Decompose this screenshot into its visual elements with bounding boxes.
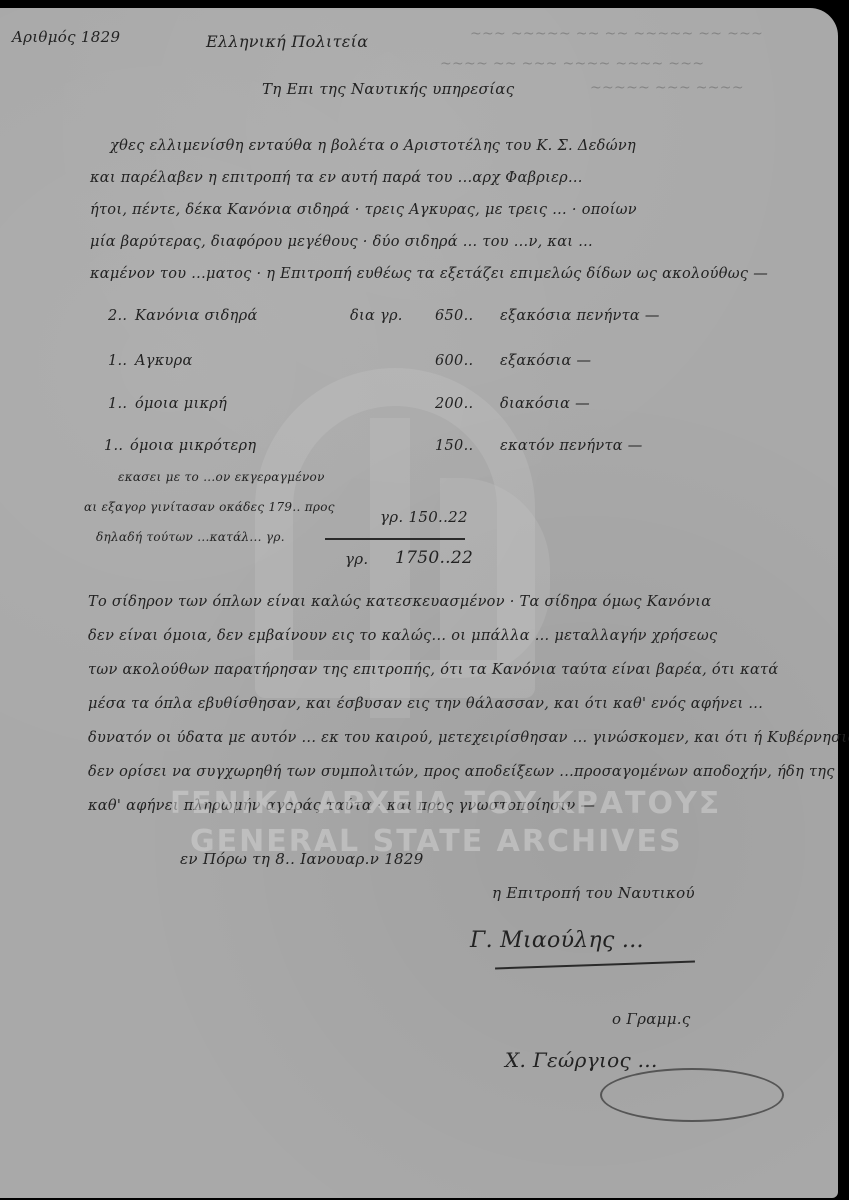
paragraph-1-line: μία βαρύτερας, διαφόρου μεγέθους · δύο σ… — [90, 234, 593, 250]
document-number: Αριθμός 1829 — [12, 28, 120, 46]
date-line: εν Πόρω τη 8.. Ιανουαρ.ν 1829 — [180, 850, 424, 868]
extra-line: αι εξαγορ γινίτασαν οκάδες 179.. προς — [84, 500, 335, 514]
signature-flourish — [600, 1068, 784, 1122]
total-rule — [325, 538, 465, 540]
paragraph-2-line: δεν είναι όμοια, δεν εμβαίνουν εις το κα… — [88, 628, 717, 644]
document-subtitle: Τη Επι της Ναυτικής υπηρεσίας — [262, 80, 514, 98]
document-title: Ελληνική Πολιτεία — [206, 32, 368, 51]
bleed-through-text: ~~~ ~~~~~ ~~ ~~ ~~~~~ ~~ ~~~ — [470, 26, 763, 42]
item-amount: 200.. — [435, 396, 473, 412]
bleed-through-text: ~~~~~ ~~~ ~~~~ — [590, 80, 744, 96]
extra-line: εκασει με το ...ον εκγεραγμένον — [118, 470, 325, 484]
item-amount: 650.. — [435, 308, 473, 324]
paragraph-1-line: ήτοι, πέντε, δέκα Κανόνια σιδηρά · τρεις… — [90, 202, 637, 218]
paragraph-2-line: μέσα τα όπλα εβυθίσθησαν, και έσβυσαν ει… — [88, 696, 763, 712]
paragraph-2-line: δεν ορίσει να συγχωρηθή των συμπολιτών, … — [88, 764, 835, 780]
signature-1-underline — [495, 961, 695, 970]
paragraph-2-line: Το σίδηρον των όπλων είναι καλώς κατεσκε… — [88, 594, 711, 610]
bleed-through-text: ~~~~ ~~ ~~~ ~~~~ ~~~~ ~~~ — [440, 56, 704, 72]
item-words: εξακόσια πενήντα — — [500, 308, 660, 324]
item-name: Αγκυρα — [135, 353, 193, 369]
item-amount: 600.. — [435, 353, 473, 369]
paragraph-2-line: δυνατόν οι ύδατα με αυτόν ... εκ του και… — [88, 730, 849, 746]
item-name: όμοια μικρή — [135, 396, 227, 412]
item-words: εξακόσια — — [500, 353, 591, 369]
extra-line-amount: γρ. 150..22 — [380, 508, 468, 526]
item-qty: 2.. — [108, 308, 127, 324]
extra-line: δηλαδή τούτων ...κατάλ... γρ. — [96, 530, 285, 544]
paragraph-2-line: των ακολούθων παρατήρησαν της επιτροπής,… — [88, 662, 778, 678]
item-unit: δια γρ. — [350, 308, 403, 324]
document-page: ~~~ ~~~~~ ~~ ~~ ~~~~~ ~~ ~~~ ~~~~ ~~ ~~~… — [0, 8, 838, 1198]
paragraph-1-line: και παρέλαβεν η επιτροπή τα εν αυτή παρά… — [90, 170, 583, 186]
secretary-label: ο Γραμμ.ς — [612, 1010, 691, 1028]
item-qty: 1.. — [108, 396, 127, 412]
item-name: όμοια μικρότερη — [130, 438, 256, 454]
item-name: Κανόνια σιδηρά — [135, 308, 258, 324]
item-amount: 150.. — [435, 438, 473, 454]
committee-label: η Επιτροπή του Ναυτικού — [492, 884, 695, 902]
item-words: διακόσια — — [500, 396, 590, 412]
item-words: εκατόν πενήντα — — [500, 438, 643, 454]
paragraph-1-line: χθες ελλιμενίσθη ενταύθα η βολέτα ο Αρισ… — [110, 138, 636, 154]
total-value: 1750..22 — [395, 548, 473, 568]
item-qty: 1.. — [108, 353, 127, 369]
item-qty: 1.. — [104, 438, 123, 454]
paragraph-1-line: καμένον του ...ματος · η Επιτροπή ευθέως… — [90, 266, 768, 282]
total-label: γρ. — [345, 550, 368, 568]
signature-2: Χ. Γεώργιος ... — [505, 1048, 658, 1072]
watermark-greek: ΓΕΝΙΚΑ ΑΡΧΕΙΑ ΤΟΥ ΚΡΑΤΟΥΣ — [170, 786, 721, 821]
signature-1: Γ. Μιαούλης ... — [470, 928, 644, 953]
